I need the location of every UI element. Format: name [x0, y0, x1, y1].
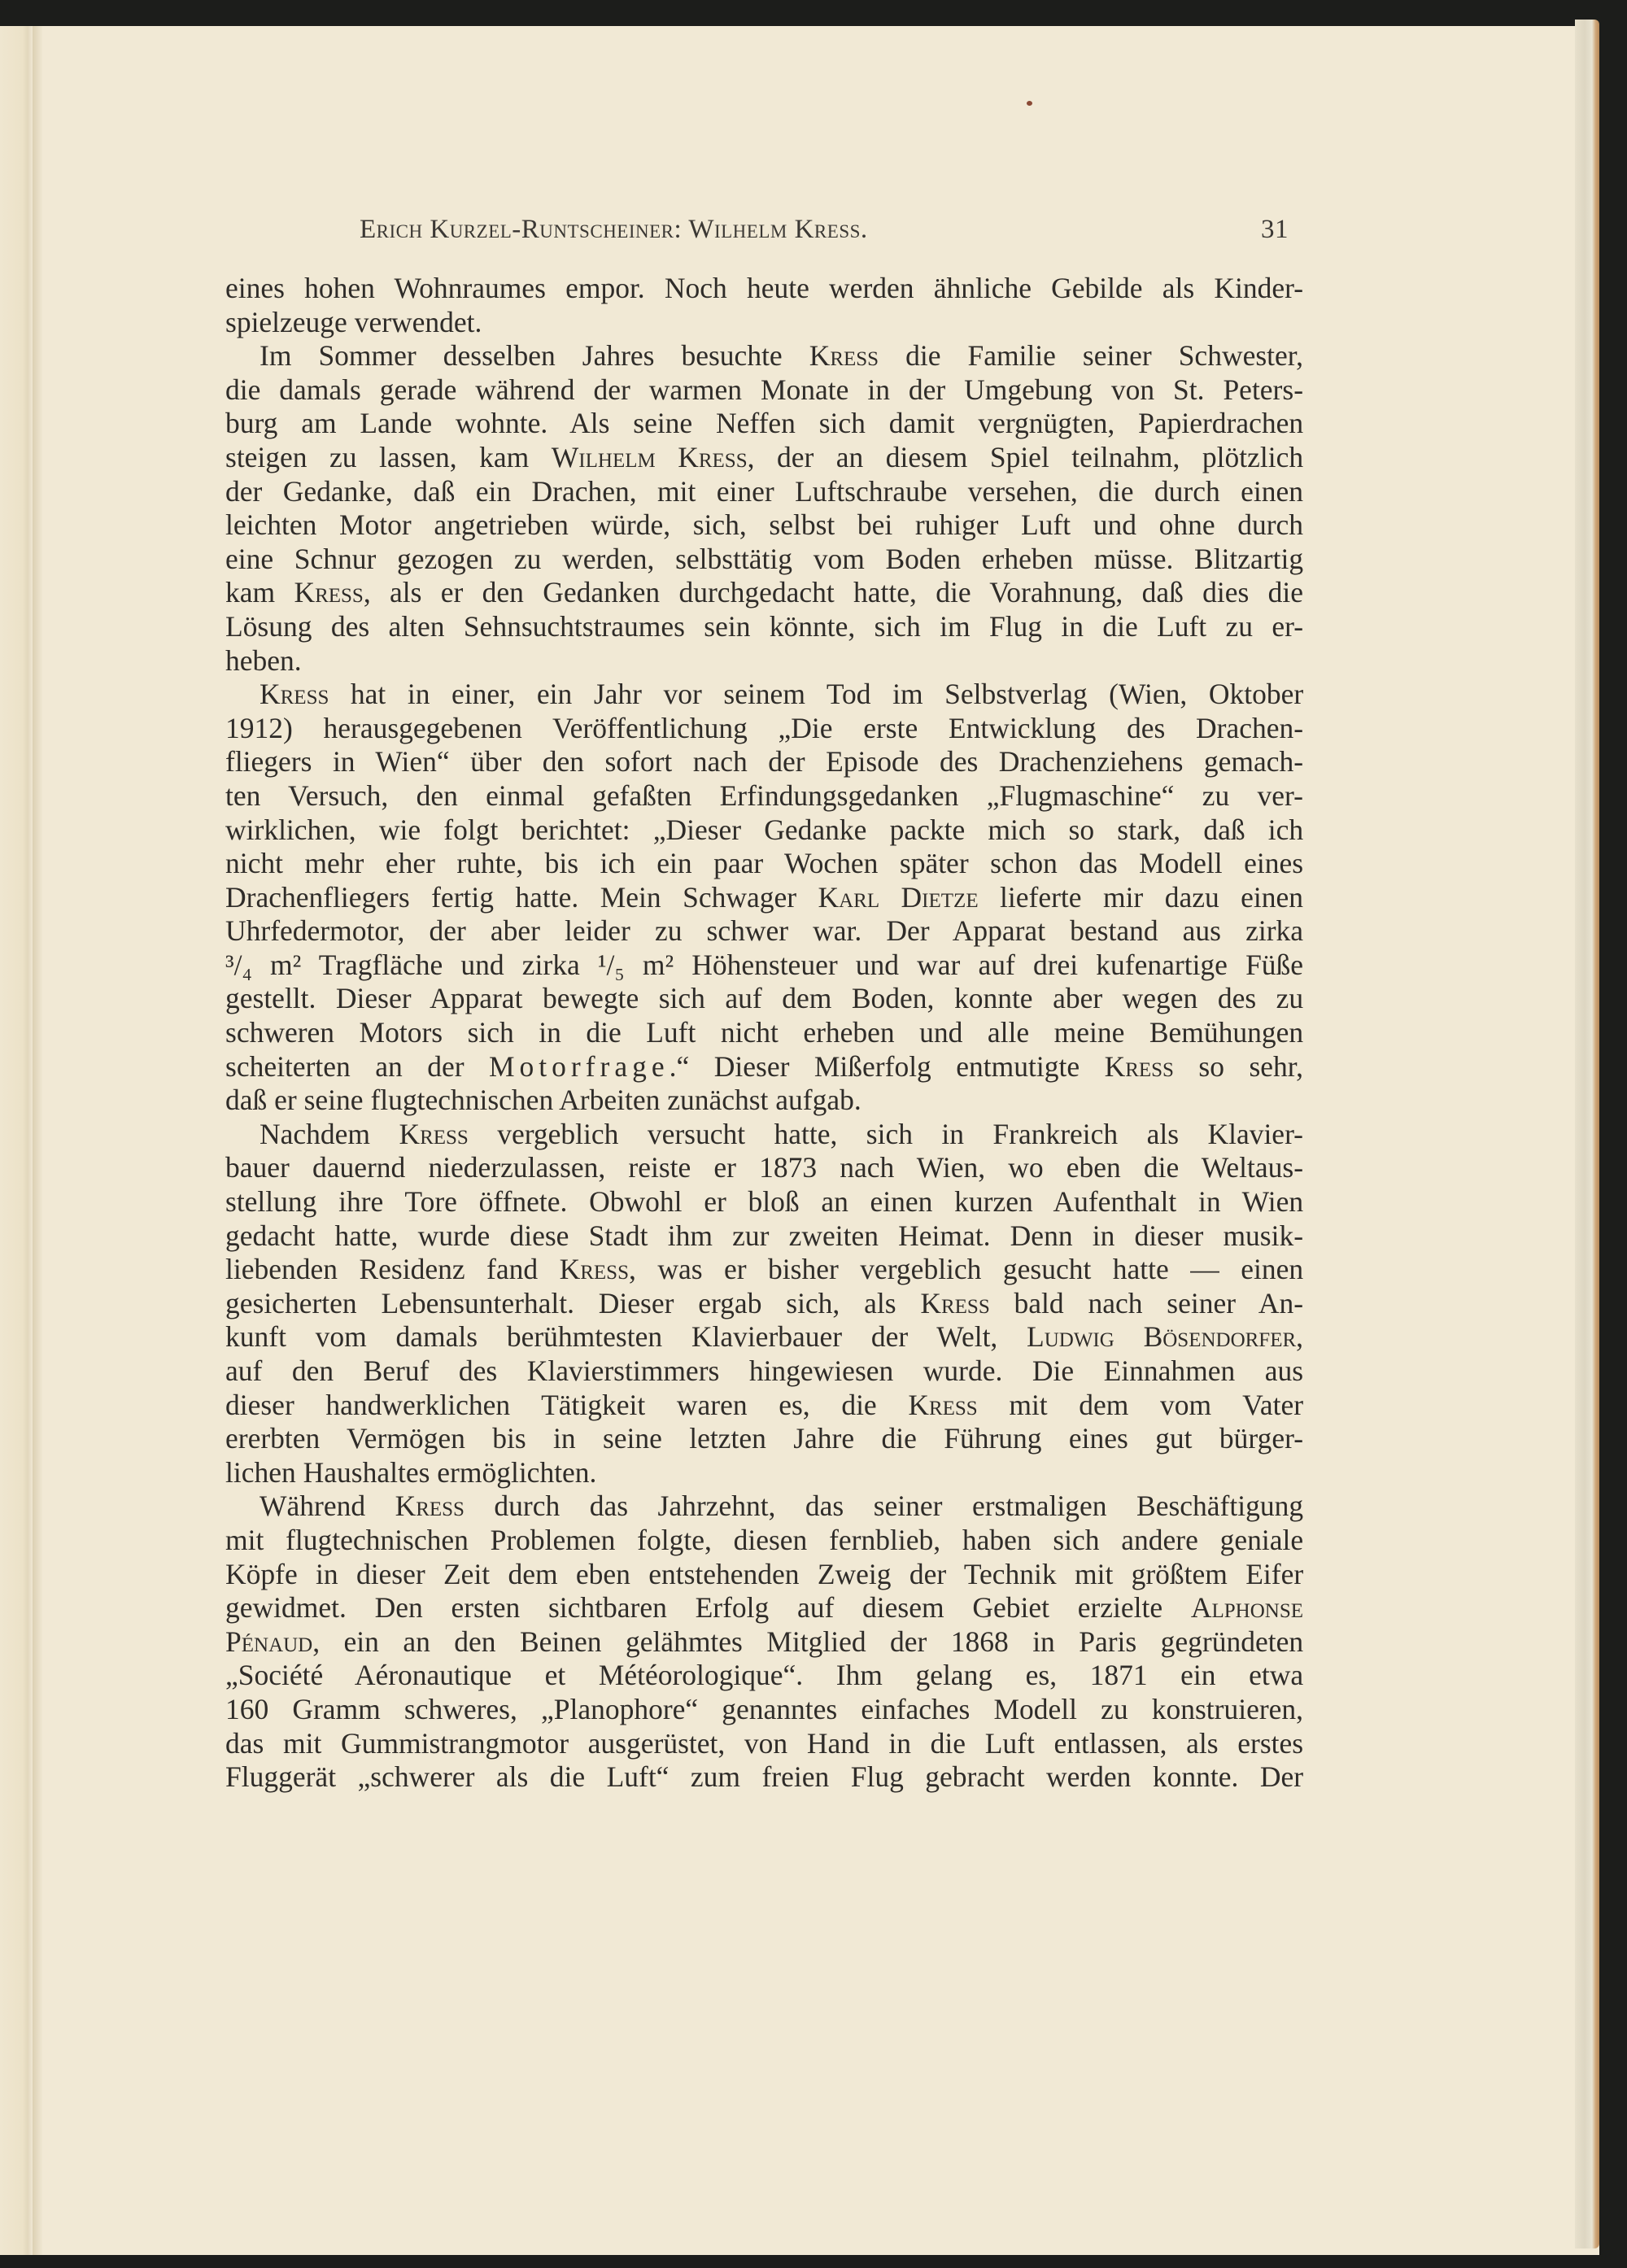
text-line: spielzeuge verwendet. — [225, 306, 1303, 340]
text-line: auf den Beruf des Klavierstimmers hingew… — [225, 1354, 1303, 1389]
paragraph-p4: Nachdem Kress vergeblich versucht hatte,… — [225, 1118, 1303, 1490]
text-line: Uhrfedermotor, der aber leider zu schwer… — [225, 914, 1303, 949]
text-line: Köpfe in dieser Zeit dem eben entstehend… — [225, 1558, 1303, 1592]
small-caps-name: Kress — [809, 339, 879, 372]
body-text: eines hohen Wohnraumes empor. Noch heute… — [225, 272, 1303, 1795]
book-gutter — [0, 26, 33, 2255]
small-caps-name: Dietze — [901, 881, 979, 914]
text-line: Kress hat in einer, ein Jahr vor seinem … — [225, 678, 1303, 712]
paragraph-p3: Kress hat in einer, ein Jahr vor seinem … — [225, 678, 1303, 1118]
text-line: Nachdem Kress vergeblich versucht hatte,… — [225, 1118, 1303, 1152]
text-line: 160 Gramm schweres, „Planophore“ genannt… — [225, 1693, 1303, 1727]
text-line: Im Sommer desselben Jahres besuchte Kres… — [225, 339, 1303, 373]
text-line: „Société Aéronautique et Météorologique“… — [225, 1659, 1303, 1693]
small-caps-name: Kress — [678, 441, 747, 473]
small-caps-name: Kress — [1105, 1050, 1174, 1083]
text-line: fliegers in Wien“ über den sofort nach d… — [225, 745, 1303, 779]
text-line: leichten Motor angetrieben würde, sich, … — [225, 508, 1303, 543]
small-caps-name: Kress — [260, 678, 329, 710]
small-caps-name: Kress — [920, 1287, 989, 1319]
small-caps-name: Karl — [818, 881, 879, 914]
text-line: steigen zu lassen, kam Wilhelm Kress, de… — [225, 441, 1303, 475]
page-number: 31 — [1261, 215, 1289, 245]
text-line: der Gedanke, daß ein Drachen, mit einer … — [225, 475, 1303, 509]
paragraph-p5: Während Kress durch das Jahrzehnt, das s… — [225, 1489, 1303, 1794]
text-line: Während Kress durch das Jahrzehnt, das s… — [225, 1489, 1303, 1524]
text-line: burg am Lande wohnte. Als seine Neffen s… — [225, 407, 1303, 441]
text-line: scheiterten an der Motorfrage.“ Dieser M… — [225, 1050, 1303, 1084]
text-line: liebenden Residenz fand Kress, was er bi… — [225, 1253, 1303, 1287]
text-line: wirklichen, wie folgt berichtet: „Dieser… — [225, 813, 1303, 848]
text-line: lichen Haushaltes ermöglichten. — [225, 1456, 1303, 1490]
text-line: nicht mehr eher ruhte, bis ich ein paar … — [225, 847, 1303, 881]
text-line: gesicherten Lebensunterhalt. Dieser erga… — [225, 1287, 1303, 1321]
text-line: eines hohen Wohnraumes empor. Noch heute… — [225, 272, 1303, 306]
gutter-shadow — [33, 26, 42, 2255]
text-line: gestellt. Dieser Apparat bewegte sich au… — [225, 982, 1303, 1016]
small-caps-name: Bösendorfer — [1144, 1320, 1297, 1353]
text-line: 1912) herausgegebenen Veröffentlichung „… — [225, 712, 1303, 746]
small-caps-name: Kress — [294, 576, 363, 608]
text-line: dieser handwerklichen Tätigkeit waren es… — [225, 1389, 1303, 1423]
running-title: Erich Kurzel-Runtscheiner: Wilhelm Kress… — [360, 215, 868, 244]
book-page: Erich Kurzel-Runtscheiner: Wilhelm Kress… — [0, 26, 1599, 2255]
text-line: Drachenfliegers fertig hatte. Mein Schwa… — [225, 881, 1303, 915]
small-caps-name: Ludwig — [1027, 1320, 1114, 1353]
text-line: Pénaud, ein an den Beinen gelähmtes Mitg… — [225, 1625, 1303, 1660]
small-caps-name: Kress — [908, 1389, 977, 1421]
text-line: die damals gerade während der warmen Mon… — [225, 373, 1303, 408]
text-line: stellung ihre Tore öffnete. Obwohl er bl… — [225, 1185, 1303, 1219]
small-caps-name: Pénaud — [225, 1625, 312, 1658]
small-caps-name: Kress — [560, 1253, 629, 1285]
small-caps-name: Wilhelm — [552, 441, 656, 473]
small-caps-name: Alphonse — [1191, 1591, 1303, 1624]
text-line: bauer dauernd niederzulassen, reiste er … — [225, 1151, 1303, 1185]
emphasized-word: Motorfrage — [489, 1050, 670, 1083]
paragraph-p1: eines hohen Wohnraumes empor. Noch heute… — [225, 272, 1303, 339]
text-line: kunft vom damals berühmtesten Klavierbau… — [225, 1320, 1303, 1354]
paper-speck — [1027, 101, 1032, 106]
small-caps-name: Kress — [399, 1118, 468, 1150]
text-line: ³/₄ m² Tragfläche und zirka ¹/₅ m² Höhen… — [225, 949, 1303, 983]
text-line: das mit Gummistrangmotor ausgerüstet, vo… — [225, 1727, 1303, 1761]
text-line: eine Schnur gezogen zu werden, selbsttät… — [225, 543, 1303, 577]
text-line: daß er seine flugtechnischen Arbeiten zu… — [225, 1084, 1303, 1118]
text-line: gedacht hatte, wurde diese Stadt ihm zur… — [225, 1219, 1303, 1254]
text-line: ererbten Vermögen bis in seine letzten J… — [225, 1422, 1303, 1456]
text-line: kam Kress, als er den Gedanken durchgeda… — [225, 576, 1303, 610]
text-line: gewidmet. Den ersten sichtbaren Erfolg a… — [225, 1591, 1303, 1625]
text-line: Fluggerät „schwerer als die Luft“ zum fr… — [225, 1760, 1303, 1795]
text-line: Lösung des alten Sehnsuchtstraumes sein … — [225, 610, 1303, 644]
small-caps-name: Kress — [395, 1489, 465, 1522]
running-header: Erich Kurzel-Runtscheiner: Wilhelm Kress… — [360, 215, 1289, 245]
text-line: ten Versuch, den einmal gefaßten Erfindu… — [225, 779, 1303, 813]
paragraph-p2: Im Sommer desselben Jahres besuchte Kres… — [225, 339, 1303, 678]
page-edge-stack — [1575, 20, 1599, 2248]
text-line: mit flugtechnischen Problemen folgte, di… — [225, 1524, 1303, 1558]
text-line: schweren Motors sich in die Luft nicht e… — [225, 1016, 1303, 1050]
text-line: heben. — [225, 644, 1303, 678]
